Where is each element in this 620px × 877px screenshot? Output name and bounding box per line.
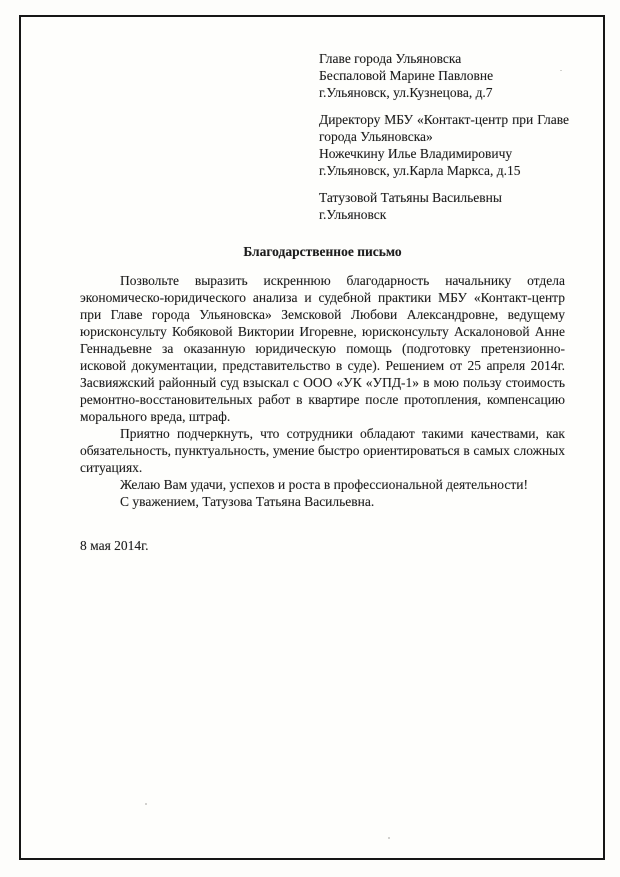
letter-title: Благодарственное письмо <box>80 243 565 260</box>
letter-paragraph-wishes: Желаю Вам удачи, успехов и роста в профе… <box>80 476 565 493</box>
letter-body: Позвольте выразить искреннюю благодарнос… <box>80 272 565 510</box>
recipient-line: Ножечкину Илье Владимировичу <box>319 145 569 162</box>
sender-line: Татузовой Татьяны Васильевны <box>319 189 569 206</box>
recipient-block-mayor: Главе города Ульяновска Беспаловой Марин… <box>319 50 569 101</box>
scan-speckle <box>388 837 390 839</box>
letter-paragraph-qualities: Приятно подчеркнуть, что сотрудники обла… <box>80 425 565 476</box>
letter-signature-line: С уважением, Татузова Татьяна Васильевна… <box>80 493 565 510</box>
recipient-address-section: Главе города Ульяновска Беспаловой Марин… <box>319 50 569 223</box>
recipient-line: Беспаловой Марине Павловне <box>319 67 569 84</box>
letter-date: 8 мая 2014г. <box>80 537 565 554</box>
recipient-line: г.Ульяновск, ул.Карла Маркса, д.15 <box>319 162 569 179</box>
sender-block: Татузовой Татьяны Васильевны г.Ульяновск <box>319 189 569 223</box>
scanned-letter-page: Главе города Ульяновска Беспаловой Марин… <box>0 0 620 877</box>
letter-page: Главе города Ульяновска Беспаловой Марин… <box>19 15 605 860</box>
recipient-org-line: Директору МБУ «Контакт-центр при Главе г… <box>319 111 569 145</box>
recipient-line: г.Ульяновск, ул.Кузнецова, д.7 <box>319 84 569 101</box>
sender-line: г.Ульяновск <box>319 206 569 223</box>
letter-paragraph-gratitude: Позвольте выразить искреннюю благодарнос… <box>80 272 565 425</box>
scan-speckle <box>145 803 147 805</box>
recipient-line: Главе города Ульяновска <box>319 50 569 67</box>
scan-speckle <box>560 70 562 71</box>
scan-speckle <box>121 388 122 390</box>
recipient-block-director: Директору МБУ «Контакт-центр при Главе г… <box>319 111 569 179</box>
